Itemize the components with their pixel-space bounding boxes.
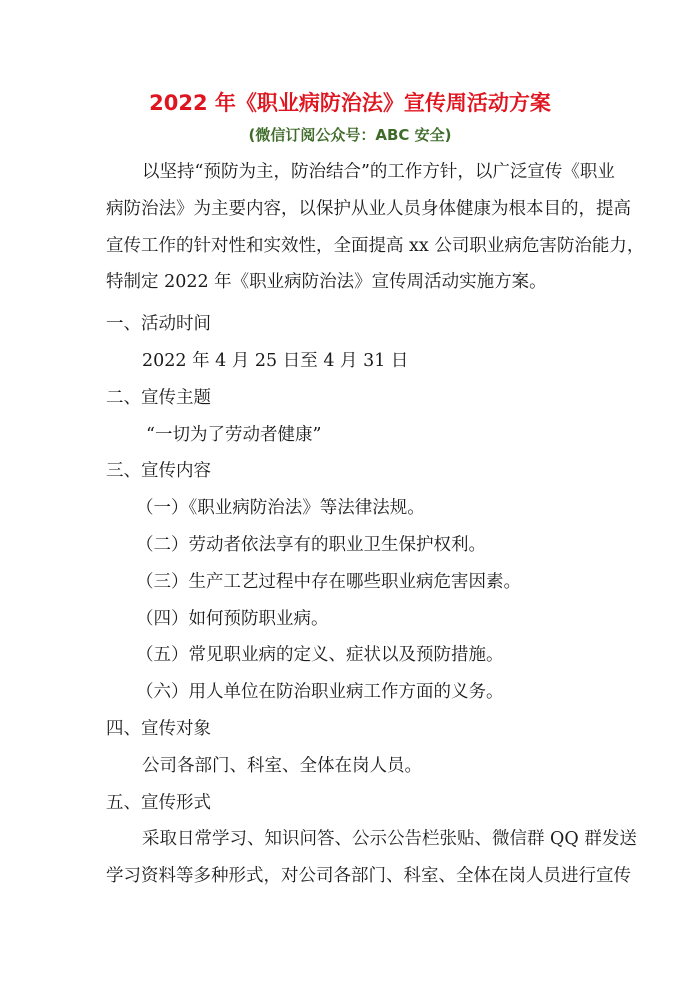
content-item: （四）如何预防职业病。 (106, 601, 598, 638)
section-format: 五、宣传形式 采取日常学习、知识问答、公示公告栏张贴、微信群 QQ 群发送 学习… (106, 785, 598, 895)
section-activity-time: 一、活动时间 2022 年 4 月 25 日至 4 月 31 日 (106, 306, 598, 380)
intro-line-1: 以坚持“预防为主，防治结合”的工作方针，以广泛宣传《职业 (106, 154, 598, 191)
document-subtitle: (微信订阅公众号：ABC 安全) (0, 124, 700, 146)
intro-line-3: 宣传工作的针对性和实效性，全面提高 xx 公司职业病危害防治能力， (106, 228, 598, 265)
content-item: （五）常见职业病的定义、症状以及预防措施。 (106, 637, 598, 674)
section-heading: 三、宣传内容 (106, 453, 598, 490)
content-item: （三）生产工艺过程中存在哪些职业病危害因素。 (106, 564, 598, 601)
document-page: 2022 年《职业病防治法》宣传周活动方案 (微信订阅公众号：ABC 安全) 以… (0, 0, 700, 990)
document-title: 2022 年《职业病防治法》宣传周活动方案 (0, 88, 700, 118)
section-heading: 一、活动时间 (106, 306, 598, 343)
section-audience: 四、宣传对象 公司各部门、科室、全体在岗人员。 (106, 711, 598, 785)
content-item: （一）《职业病防治法》等法律法规。 (106, 490, 598, 527)
section-theme: 二、宣传主题 “一切为了劳动者健康” (106, 380, 598, 454)
section-heading: 五、宣传形式 (106, 785, 598, 822)
intro-line-2: 病防治法》为主要内容，以保护从业人员身体健康为根本目的，提高 (106, 191, 598, 228)
document-body: 以坚持“预防为主，防治结合”的工作方针，以广泛宣传《职业 病防治法》为主要内容，… (106, 154, 598, 895)
format-line-2: 学习资料等多种形式，对公司各部门、科室、全体在岗人员进行宣传 (106, 858, 598, 895)
section-content: 三、宣传内容 （一）《职业病防治法》等法律法规。 （二）劳动者依法享有的职业卫生… (106, 453, 598, 711)
theme-slogan: “一切为了劳动者健康” (106, 417, 598, 454)
section-heading: 二、宣传主题 (106, 380, 598, 417)
content-item: （六）用人单位在防治职业病工作方面的义务。 (106, 674, 598, 711)
content-item: （二）劳动者依法享有的职业卫生保护权利。 (106, 527, 598, 564)
activity-dates: 2022 年 4 月 25 日至 4 月 31 日 (106, 343, 598, 380)
audience-text: 公司各部门、科室、全体在岗人员。 (106, 748, 598, 785)
intro-paragraph: 以坚持“预防为主，防治结合”的工作方针，以广泛宣传《职业 病防治法》为主要内容，… (106, 154, 598, 301)
format-line-1: 采取日常学习、知识问答、公示公告栏张贴、微信群 QQ 群发送 (106, 821, 598, 858)
intro-line-4: 特制定 2022 年《职业病防治法》宣传周活动实施方案。 (106, 264, 598, 301)
section-heading: 四、宣传对象 (106, 711, 598, 748)
